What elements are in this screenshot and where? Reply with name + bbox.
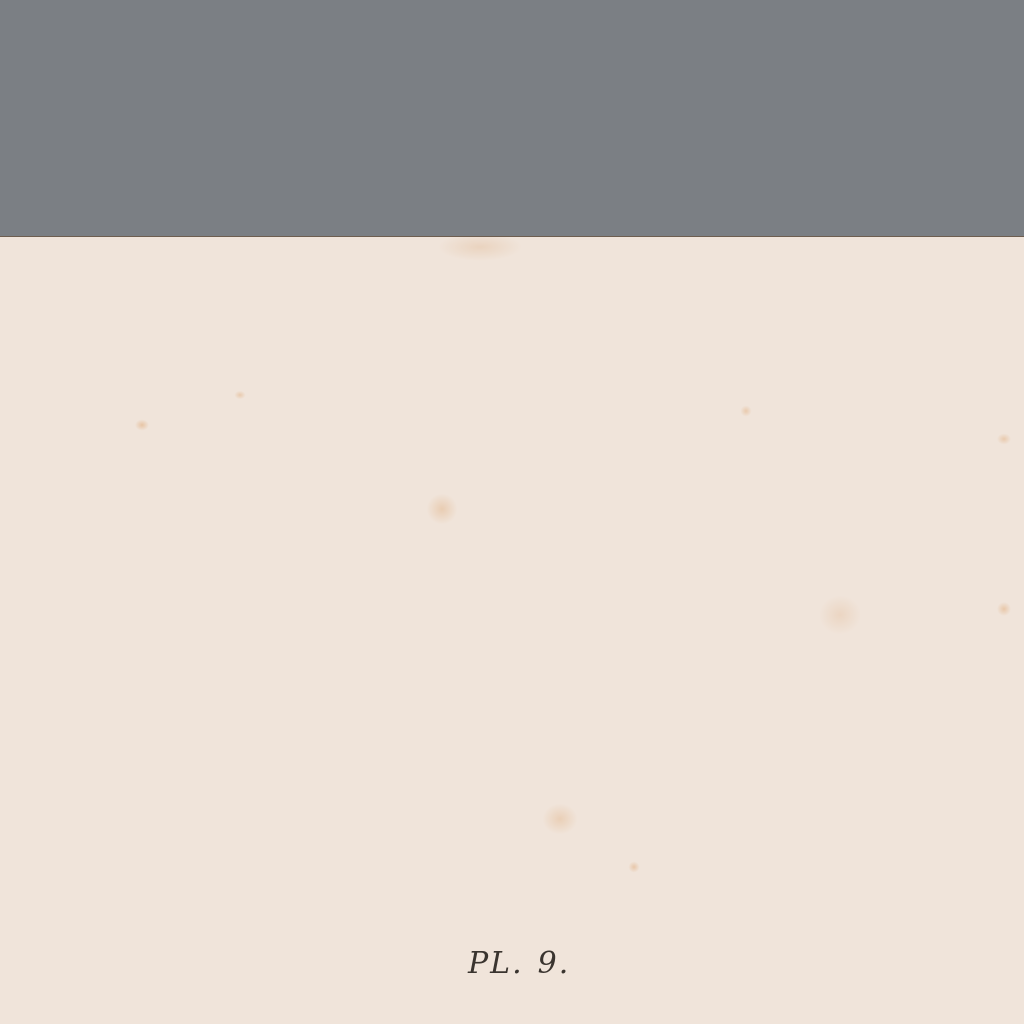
plate-number: 9. [538, 946, 571, 981]
scan-backdrop [0, 0, 1024, 236]
plate-prefix: PL. [468, 946, 524, 981]
plate-label: PL.9. [468, 946, 570, 981]
paper-page [0, 236, 1024, 1024]
